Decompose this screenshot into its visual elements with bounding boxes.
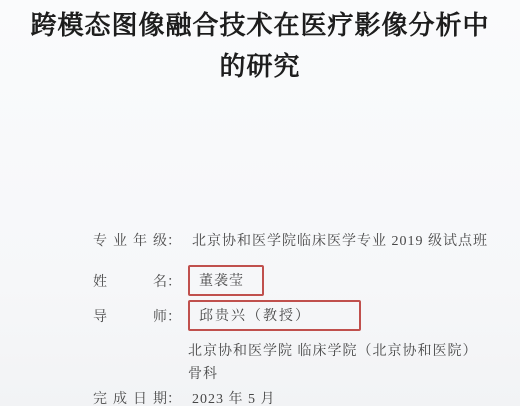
thesis-title: 跨模态图像融合技术在医疗影像分析中 的研究	[0, 5, 520, 87]
name-highlight-box: 董袭莹	[188, 265, 264, 296]
completion-date-colon: ：	[167, 388, 182, 406]
name-colon: ：	[167, 271, 182, 291]
name-value: 董袭莹	[199, 274, 244, 289]
completion-date-label: 完 成 日 期	[93, 388, 167, 406]
name-label: 姓 名	[93, 271, 167, 291]
completion-date-value: 2023 年 5 月	[192, 388, 276, 406]
advisor-affiliation-line1: 北京协和医学院 临床学院（北京协和医院）	[188, 340, 478, 360]
major-grade-value: 北京协和医学院临床医学专业 2019 级试点班	[192, 230, 488, 250]
field-row-name: 姓 名： 董袭莹	[93, 265, 264, 296]
thesis-title-line1: 跨模态图像融合技术在医疗影像分析中	[0, 5, 520, 46]
field-row-advisor: 导 师： 邱贵兴（教授）	[93, 300, 361, 331]
advisor-colon: ：	[167, 306, 182, 326]
thesis-title-line2: 的研究	[0, 46, 520, 87]
field-row-completion-date: 完 成 日 期： 2023 年 5 月	[93, 388, 276, 406]
major-grade-colon: ：	[167, 230, 182, 250]
major-grade-label: 专 业 年 级	[93, 230, 167, 250]
advisor-affiliation-line2: 骨科	[188, 363, 218, 383]
advisor-highlight-box: 邱贵兴（教授）	[188, 300, 361, 331]
advisor-value: 邱贵兴（教授）	[199, 309, 311, 324]
thesis-cover-page: 跨模态图像融合技术在医疗影像分析中 的研究 专 业 年 级： 北京协和医学院临床…	[0, 0, 520, 406]
advisor-label: 导 师	[93, 306, 167, 326]
field-row-major-grade: 专 业 年 级： 北京协和医学院临床医学专业 2019 级试点班	[93, 230, 488, 250]
